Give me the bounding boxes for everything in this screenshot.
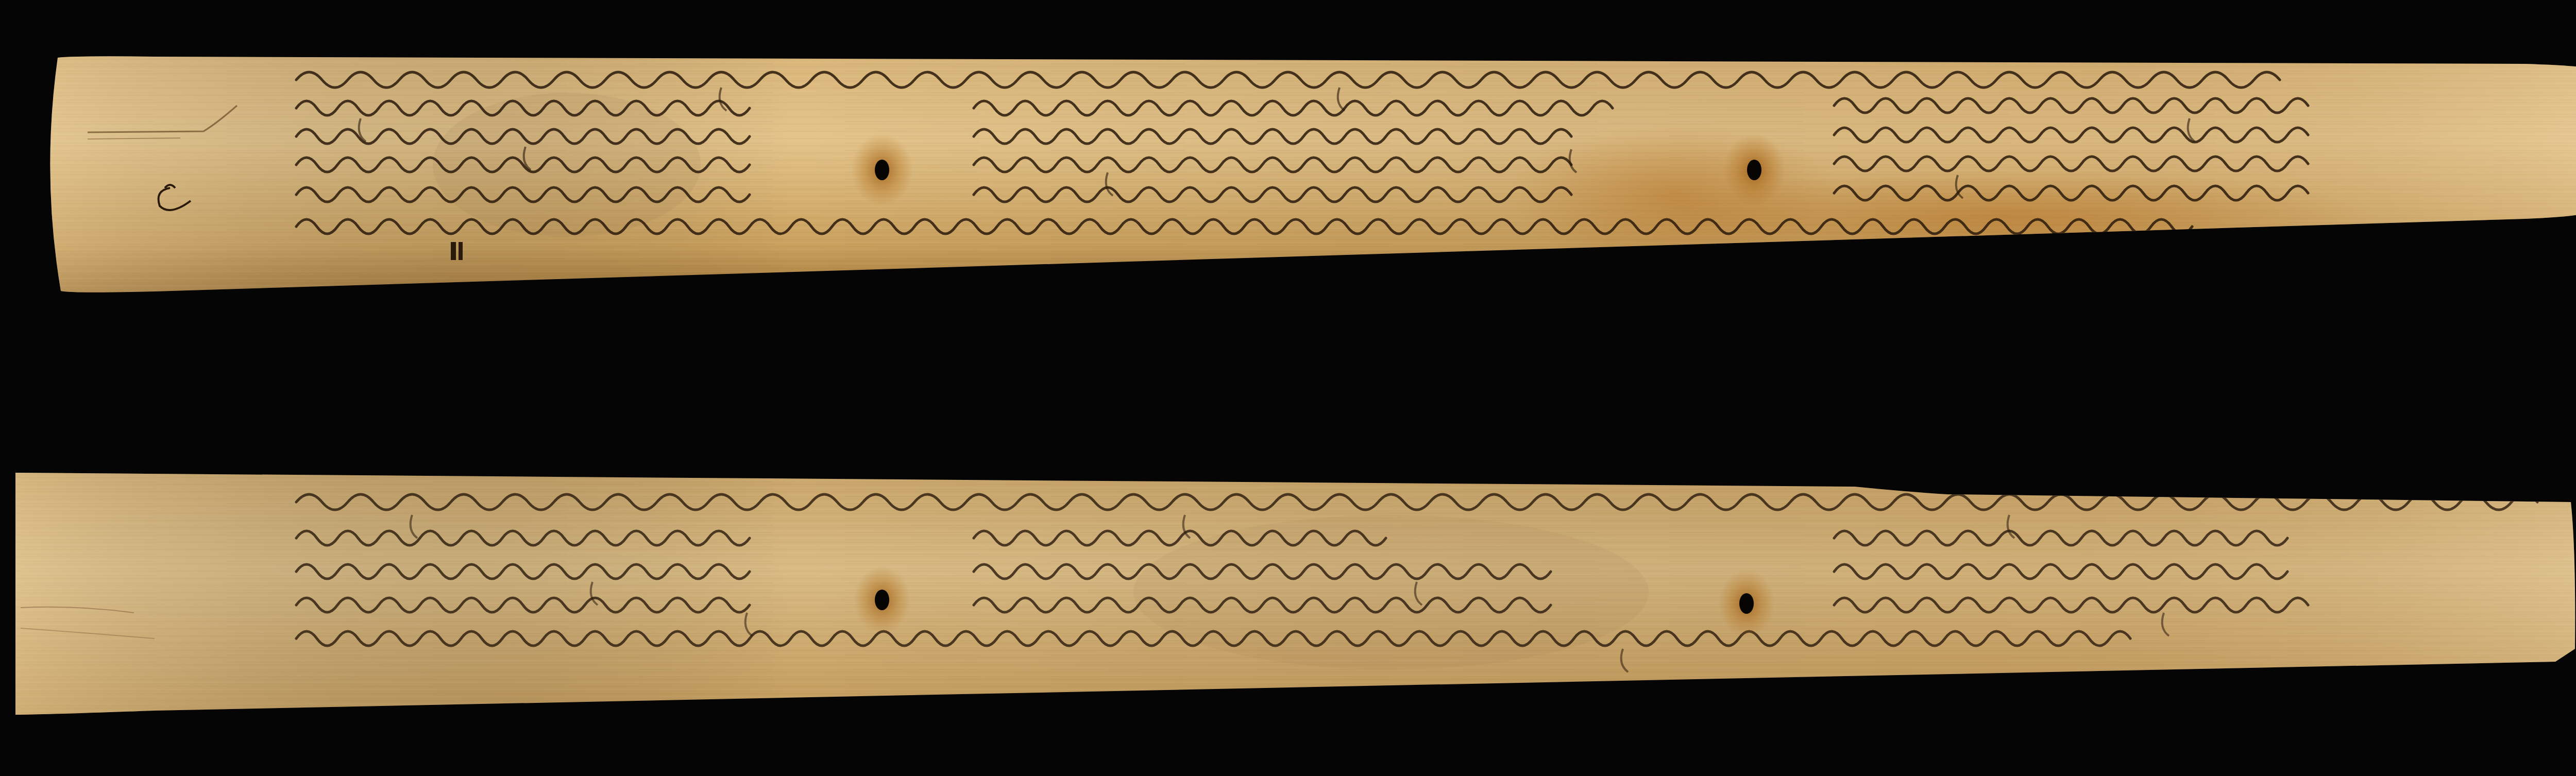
string-hole-icon [1739,593,1754,614]
string-hole-icon [1747,160,1761,180]
photo-stage: Photograph of two palm-leaf (lontar) man… [0,0,2576,776]
string-hole-icon [875,160,889,180]
lower-leaf [0,463,2576,721]
string-hole-icon [875,590,889,610]
upper-leaf [0,51,2576,299]
manuscript-photo [0,0,2576,776]
